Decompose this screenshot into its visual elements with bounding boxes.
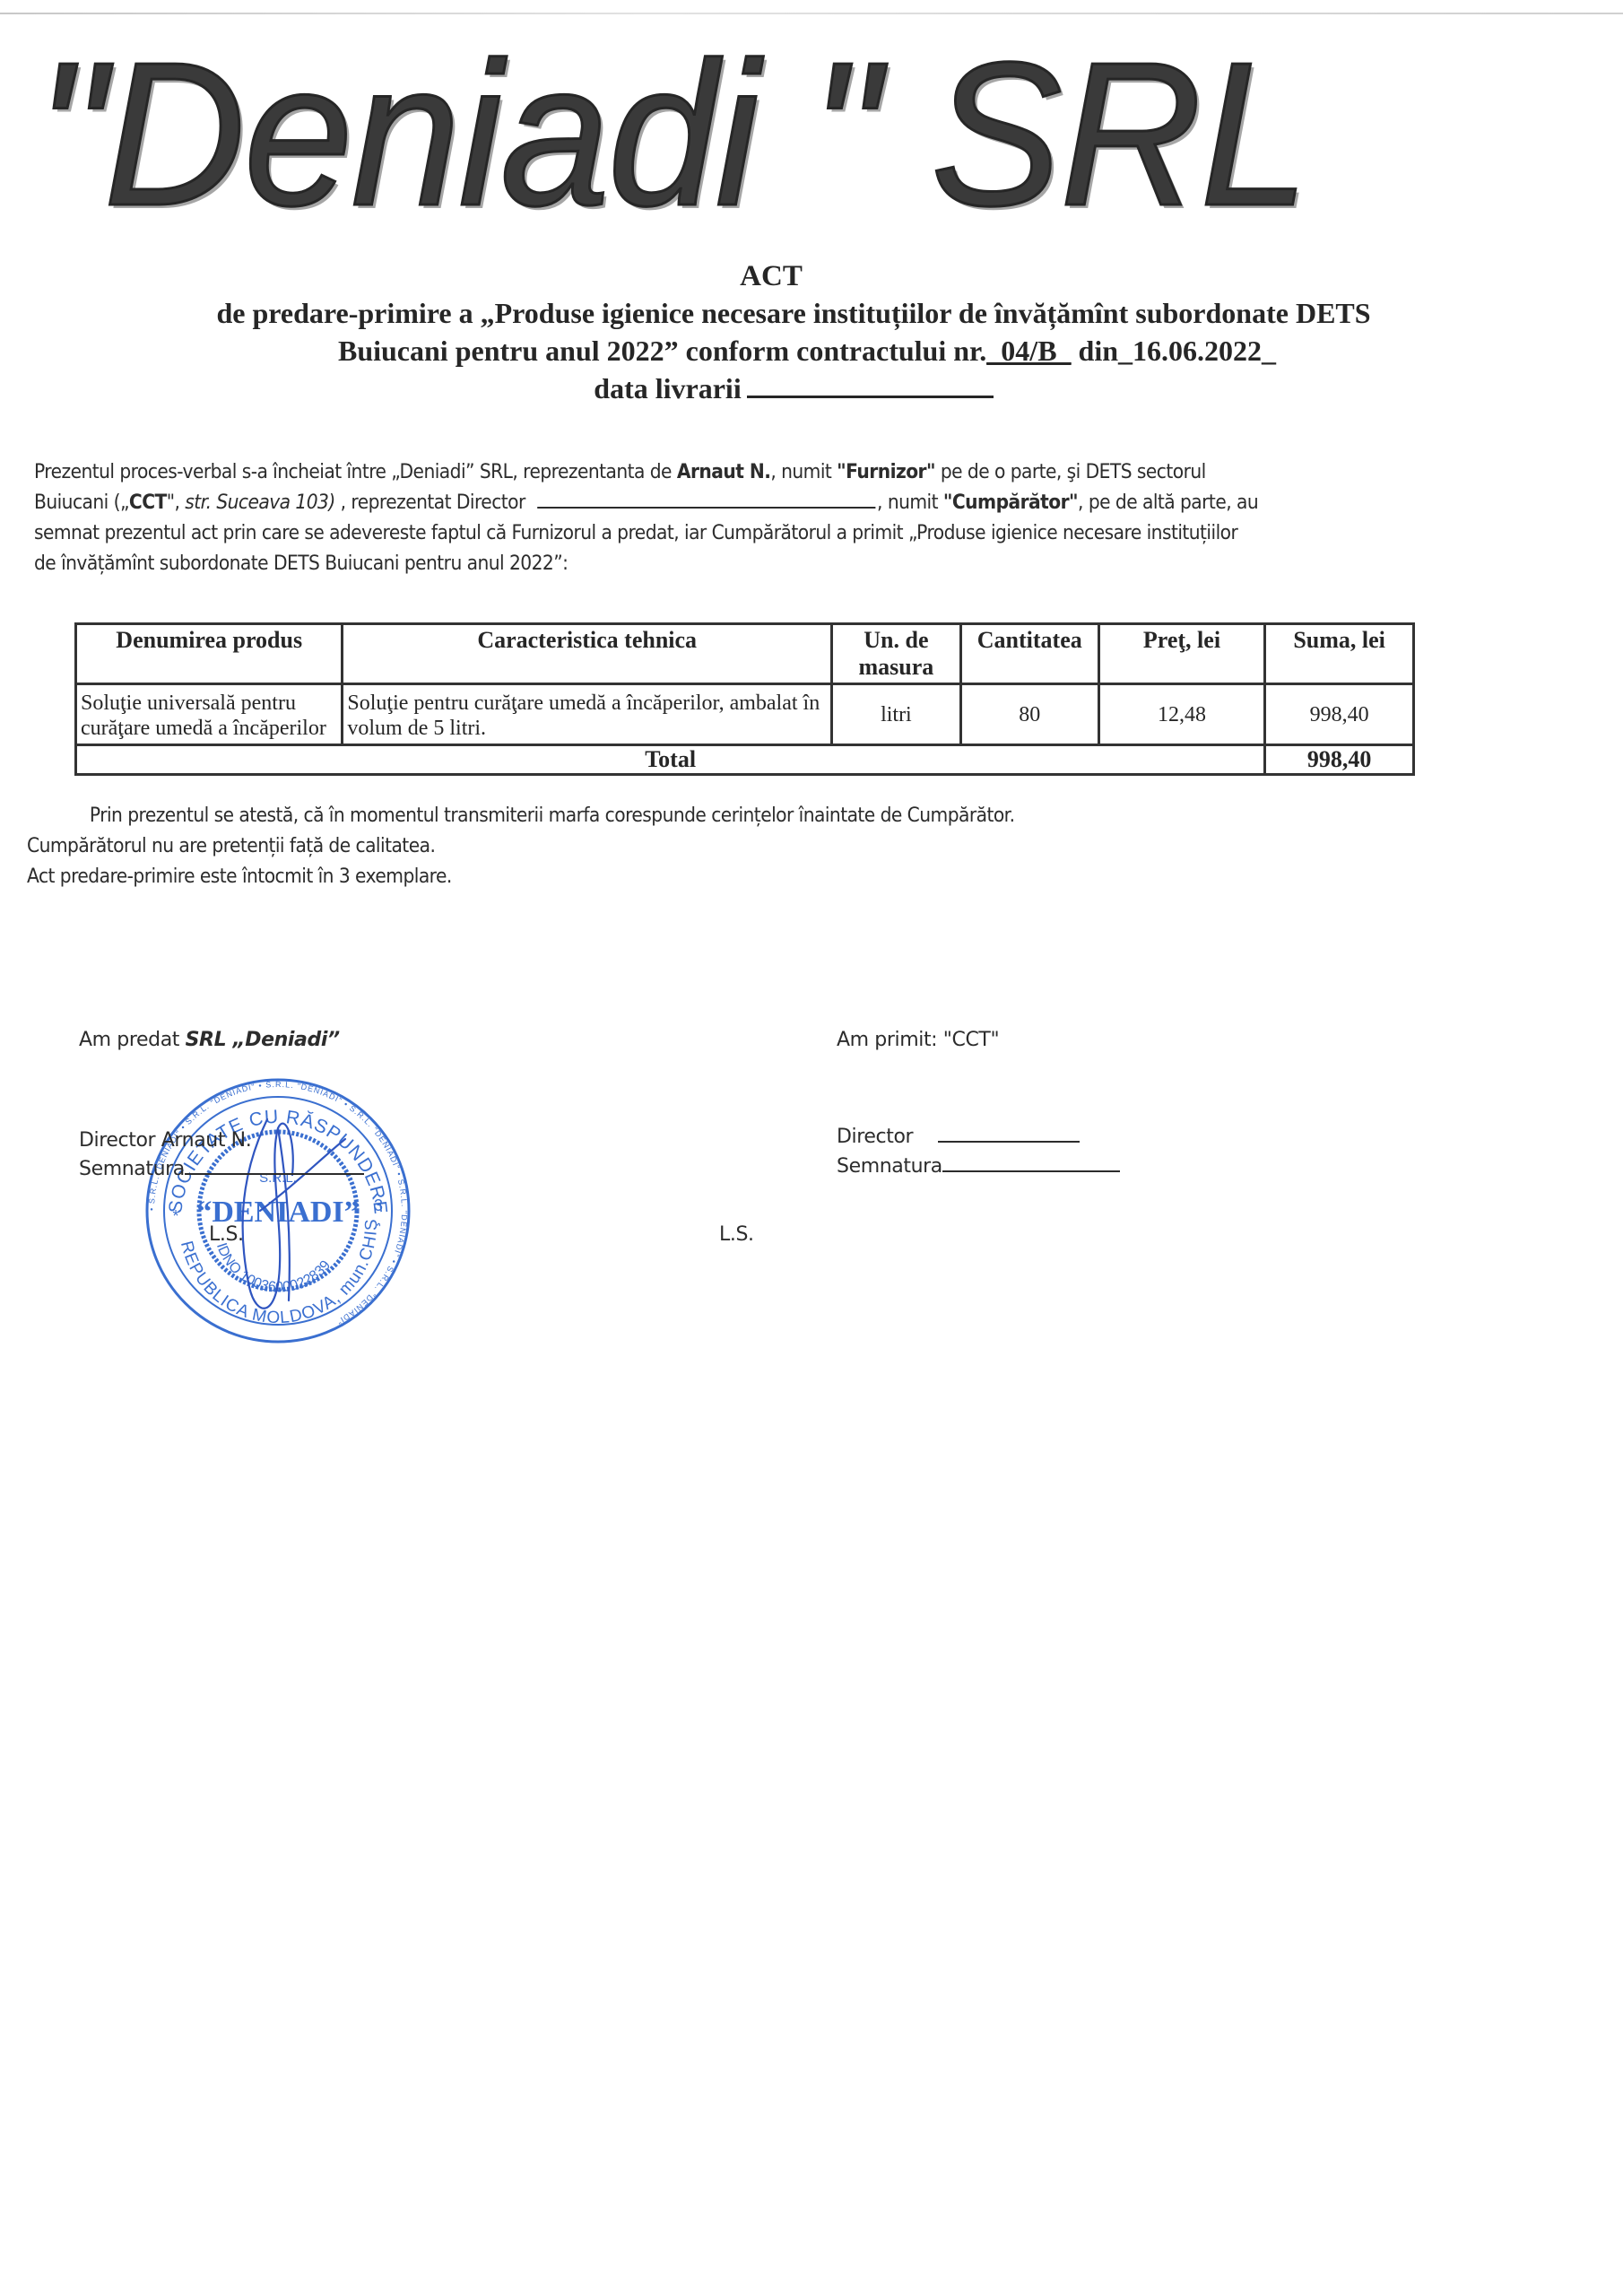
intro-text: Prezentul proces-verbal s-a încheiat înt… (34, 461, 677, 483)
signature-label: Semnatura (837, 1155, 942, 1178)
delivery-date-field[interactable] (747, 373, 994, 398)
buyer-director-field[interactable] (938, 1123, 1080, 1143)
scan-page-edge (0, 13, 1623, 14)
title-line-1: de predare-primire a „Produse igienice n… (0, 294, 1623, 332)
buyer-signature-heading: Am primit: "CCT" (837, 1027, 999, 1054)
total-label: Total (76, 745, 1265, 775)
delivery-date-label: data livrarii (594, 372, 741, 404)
buyer-director-field[interactable] (537, 489, 875, 509)
supplier-signature-heading: Am predat SRL „Deniadi” (79, 1027, 340, 1054)
company-logo-heading: "Deniadi " SRL (36, 27, 1413, 242)
cell-quantity: 80 (960, 684, 1098, 745)
contract-date: _16.06.2022_ (1118, 335, 1276, 367)
title-line-2-prefix: Buiucani pentru anul 2022” conform contr… (338, 335, 986, 367)
buyer-address: str. Suceava 103) (185, 491, 334, 514)
cell-price: 12,48 (1098, 684, 1265, 745)
intro-line-4: de învățămînt subordonate DETS Buiucani … (34, 549, 1503, 579)
contract-number: _04/B_ (986, 335, 1071, 367)
intro-text: Buiucani („ (34, 491, 129, 514)
intro-text: , reprezentat Director (335, 491, 531, 514)
supplier-seal-label: L.S. (209, 1222, 244, 1248)
intro-text: , numit (877, 491, 943, 514)
cell-sum: 998,40 (1265, 684, 1414, 745)
signature-label: Semnatura (79, 1158, 185, 1180)
table-row: Soluţie universală pentru curăţare umedă… (76, 684, 1414, 745)
buyer-director-line: Director (837, 1123, 1080, 1151)
column-header-quantity: Cantitatea (960, 624, 1098, 684)
supplier-director-label: Director Arnaut N. (79, 1127, 251, 1154)
svg-text:*: * (172, 1207, 178, 1225)
intro-line-3: semnat prezentul act prin care se adever… (34, 518, 1503, 549)
attestation-paragraph: Prin prezentul se atestă, că în momentul… (27, 801, 1264, 892)
buyer-role: "Cumpărător" (943, 491, 1078, 514)
supplier-signature-field[interactable] (185, 1155, 364, 1175)
supplier-name: SRL „Deniadi” (186, 1029, 340, 1051)
supplier-role: "Furnizor" (837, 461, 935, 483)
intro-text: , numit (770, 461, 837, 483)
supplier-signature-line: Semnatura (79, 1155, 364, 1183)
buyer-code: CCT (129, 491, 167, 514)
document-title-block: ACT de predare-primire a „Produse igieni… (0, 258, 1623, 407)
svg-text:3: 3 (374, 1196, 383, 1214)
title-line-2-mid: din (1072, 335, 1118, 367)
director-label: Director (837, 1126, 913, 1148)
cell-unit: litri (832, 684, 961, 745)
attestation-line-1: Prin prezentul se atestă, că în momentul… (27, 801, 1264, 831)
column-header-price: Preţ, lei (1098, 624, 1265, 684)
table-total-row: Total 998,40 (76, 745, 1414, 775)
total-value: 998,40 (1265, 745, 1414, 775)
supplier-representative: Arnaut N. (677, 461, 771, 483)
column-header-sum: Suma, lei (1265, 624, 1414, 684)
svg-text:IDNO 1003600022839: IDNO 1003600022839 (213, 1241, 334, 1295)
column-header-spec: Caracteristica tehnica (343, 624, 832, 684)
buyer-seal-label: L.S. (719, 1222, 754, 1248)
company-stamp-icon: • S.R.L. "DENIADI" • S.R.L. "DENIADI" • … (143, 1076, 412, 1345)
heading-prefix: Am predat (79, 1029, 186, 1051)
buyer-signature-field[interactable] (942, 1152, 1120, 1172)
cell-product: Soluţie universală pentru curăţare umedă… (76, 684, 343, 745)
attestation-line-2: Cumpărătorul nu are pretenții față de ca… (27, 831, 1264, 862)
cell-spec: Soluţie pentru curăţare umedă a încăperi… (343, 684, 832, 745)
document-type: ACT (0, 258, 1623, 294)
intro-text: ", (167, 491, 186, 514)
buyer-signature-line: Semnatura (837, 1152, 1120, 1180)
column-header-product: Denumirea produs (76, 624, 343, 684)
intro-text: , pe de altă parte, au (1078, 491, 1258, 514)
table-header-row: Denumirea produs Caracteristica tehnica … (76, 624, 1414, 684)
intro-text: pe de o parte, şi DETS sectorul (935, 461, 1206, 483)
intro-paragraph: Prezentul proces-verbal s-a încheiat înt… (34, 457, 1503, 579)
delivery-date-line: data livrarii (0, 370, 1623, 407)
goods-table: Denumirea produs Caracteristica tehnica … (74, 622, 1415, 776)
attestation-line-3: Act predare-primire este întocmit în 3 e… (27, 862, 1264, 892)
title-line-2: Buiucani pentru anul 2022” conform contr… (0, 332, 1623, 370)
column-header-unit: Un. de masura (832, 624, 961, 684)
